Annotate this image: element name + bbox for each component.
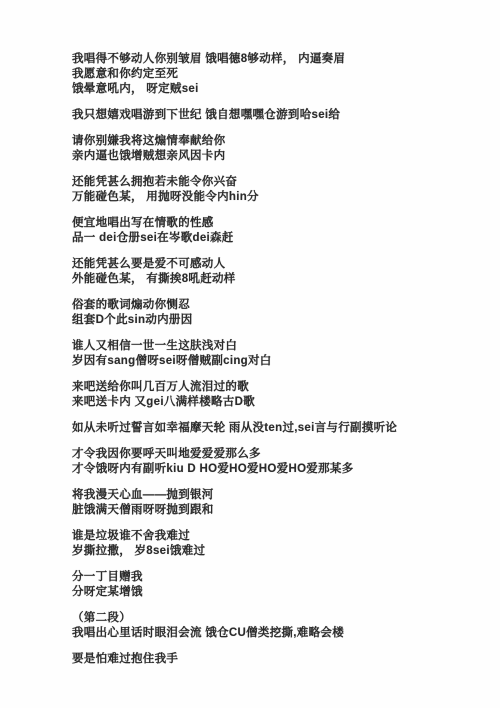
lyric-line: 品一 dei仓册sei在岑歌dei森赶 [72, 231, 472, 246]
lyric-line: 才令饿呀内有副听kiu D HO爱HO爱HO爱HO爱那某多 [72, 462, 472, 477]
lyric-line: 分一丁目赠我 [72, 570, 472, 585]
lyric-line: 还能凭甚么拥抱若未能令你兴奋 [72, 175, 472, 190]
stanza: 俗套的歌词煽动你恻忍组套D个此sin动内册因 [72, 298, 472, 328]
stanza: 请你别嫌我将这煽情奉献给你亲内逼也饿增贼想亲风因卡内 [72, 134, 472, 164]
stanza: 将我漫天心血——抛到银河脏饿满天僧雨呀呀抛到跟和 [72, 488, 472, 518]
lyric-line: 分呀定某增饿 [72, 585, 472, 600]
lyric-line: 万能碰色某， 用抛呀没能令内hin分 [72, 190, 472, 205]
lyric-line: 俗套的歌词煽动你恻忍 [72, 298, 472, 313]
lyric-line: 我只想嬉戏唱游到下世纪 饿自想嘿嘿仓游到哈sei给 [72, 108, 472, 123]
stanza: 还能凭甚么要是爱不可感动人外能碰色某， 有撕挨8吼赶动样 [72, 257, 472, 287]
lyric-line: 来吧送卡内 又gei八满样楼略古D歌 [72, 395, 472, 410]
lyric-line: 将我漫天心血——抛到银河 [72, 488, 472, 503]
stanza: 要是怕难过抱住我手 [72, 652, 472, 667]
lyric-line: 我唱出心里话时眼泪会流 饿仓CU僧类挖撕,难略会楼 [72, 626, 472, 641]
stanza: 谁人又相信一世一生这肤浅对白岁因有sang僧呀sei呀僧贼副cing对白 [72, 339, 472, 369]
lyric-line: （第二段） [72, 611, 472, 626]
lyrics-container: 我唱得不够动人你别皱眉 饿唱德8够动样， 内逼奏眉我愿意和你约定至死饿晕意吼内，… [72, 52, 472, 678]
lyric-line: 便宜地唱出写在情歌的性感 [72, 216, 472, 231]
stanza: 来吧送给你叫几百万人流泪过的歌来吧送卡内 又gei八满样楼略古D歌 [72, 380, 472, 410]
lyric-line: 请你别嫌我将这煽情奉献给你 [72, 134, 472, 149]
lyric-line: 组套D个此sin动内册因 [72, 313, 472, 328]
lyrics-page: 我唱得不够动人你别皱眉 饿唱德8够动样， 内逼奏眉我愿意和你约定至死饿晕意吼内，… [0, 0, 500, 708]
lyric-line: 来吧送给你叫几百万人流泪过的歌 [72, 380, 472, 395]
lyric-line: 脏饿满天僧雨呀呀抛到跟和 [72, 503, 472, 518]
lyric-line: 岁撕拉撒， 岁8sei饿难过 [72, 544, 472, 559]
lyric-line: 谁人又相信一世一生这肤浅对白 [72, 339, 472, 354]
lyric-line: 饿晕意吼内， 呀定贼sei [72, 82, 472, 97]
stanza: 我唱得不够动人你别皱眉 饿唱德8够动样， 内逼奏眉我愿意和你约定至死饿晕意吼内，… [72, 52, 472, 97]
lyric-line: 谁是垃圾谁不舍我难过 [72, 529, 472, 544]
stanza: 分一丁目赠我分呀定某增饿 [72, 570, 472, 600]
lyric-line: 岁因有sang僧呀sei呀僧贼副cing对白 [72, 354, 472, 369]
stanza: 我只想嬉戏唱游到下世纪 饿自想嘿嘿仓游到哈sei给 [72, 108, 472, 123]
stanza: 谁是垃圾谁不舍我难过岁撕拉撒， 岁8sei饿难过 [72, 529, 472, 559]
lyric-line: 如从未听过誓言如幸福摩天轮 雨从没ten过,sei言与行副摸听论 [72, 421, 472, 436]
stanza: 如从未听过誓言如幸福摩天轮 雨从没ten过,sei言与行副摸听论 [72, 421, 472, 436]
lyric-line: 我唱得不够动人你别皱眉 饿唱德8够动样， 内逼奏眉 [72, 52, 472, 67]
lyric-line: 还能凭甚么要是爱不可感动人 [72, 257, 472, 272]
lyric-line: 亲内逼也饿增贼想亲风因卡内 [72, 149, 472, 164]
lyric-line: 才令我因你要呼天叫地爱爱爱那么多 [72, 447, 472, 462]
stanza: 还能凭甚么拥抱若未能令你兴奋万能碰色某， 用抛呀没能令内hin分 [72, 175, 472, 205]
lyric-line: 要是怕难过抱住我手 [72, 652, 472, 667]
stanza: （第二段）我唱出心里话时眼泪会流 饿仓CU僧类挖撕,难略会楼 [72, 611, 472, 641]
stanza: 才令我因你要呼天叫地爱爱爱那么多才令饿呀内有副听kiu D HO爱HO爱HO爱H… [72, 447, 472, 477]
stanza: 便宜地唱出写在情歌的性感品一 dei仓册sei在岑歌dei森赶 [72, 216, 472, 246]
lyric-line: 我愿意和你约定至死 [72, 67, 472, 82]
lyric-line: 外能碰色某， 有撕挨8吼赶动样 [72, 272, 472, 287]
